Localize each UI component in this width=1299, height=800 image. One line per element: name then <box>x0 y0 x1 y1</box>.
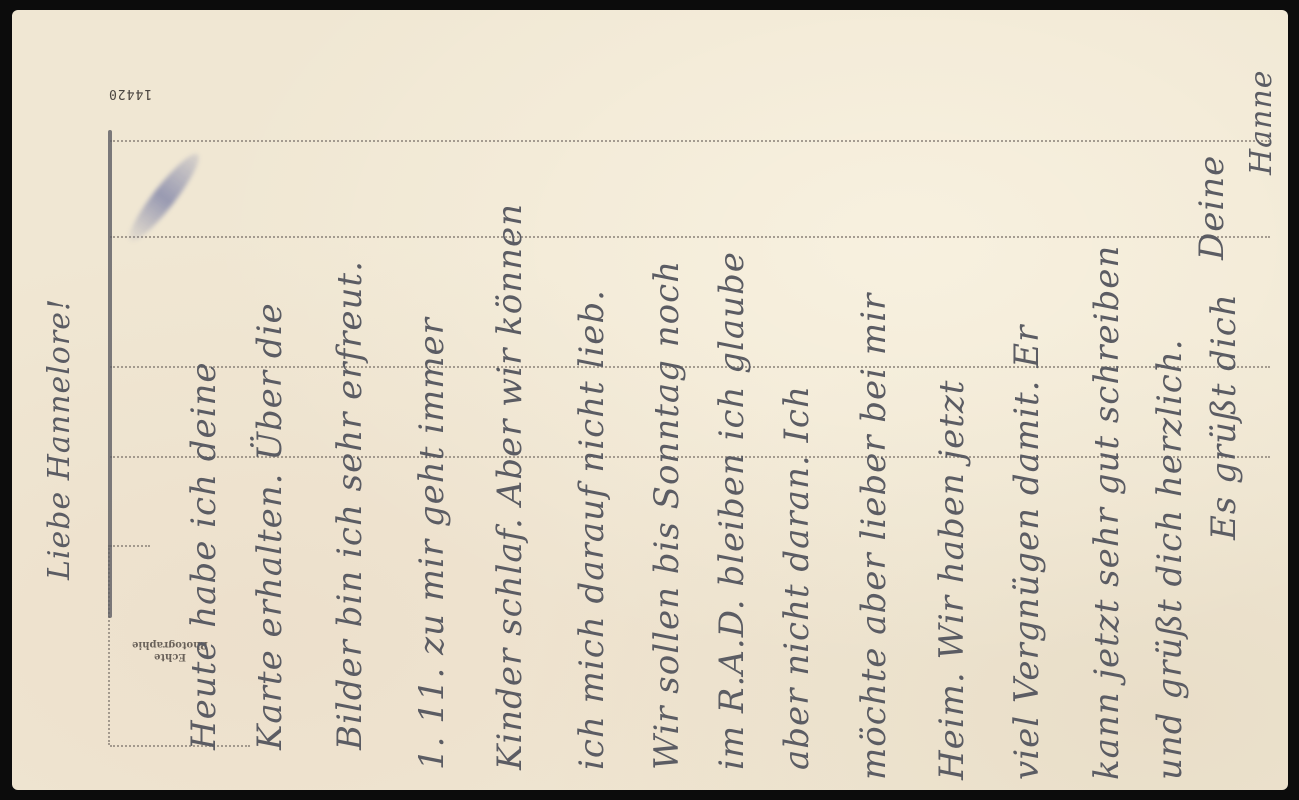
handwritten-line: Kinder schlaf. Aber wir können <box>490 203 530 770</box>
address-line-5 <box>110 545 150 547</box>
postcard-back: 14420 Echte Photographie Liebe Hannelore… <box>12 10 1288 790</box>
stamp-box-bottom <box>110 745 250 747</box>
handwritten-line: ich mich darauf nicht lieb. <box>572 289 612 770</box>
handwritten-line: Es grüßt dich <box>1204 293 1244 540</box>
handwritten-line: kann jetzt sehr gut schreiben <box>1087 245 1127 780</box>
handwritten-line: aber nicht daran. Ich <box>777 385 817 770</box>
handwritten-line: Heute habe ich deine <box>184 361 224 750</box>
handwritten-line: Heim. Wir haben jetzt <box>932 380 972 780</box>
handwritten-line: im R.A.D. bleiben ich glaube <box>712 251 752 770</box>
handwritten-line: Wir sollen bis Sonntag noch <box>647 260 687 770</box>
blue-pencil-mark <box>121 148 206 248</box>
greeting-text: Liebe Hannelore! <box>42 298 77 580</box>
handwritten-line: Deine <box>1192 155 1232 260</box>
serial-number: 14420 <box>108 86 152 101</box>
signature: Hanne <box>1244 70 1279 175</box>
handwritten-line: 1. 11. zu mir geht immer <box>412 317 452 770</box>
handwritten-line: Bilder bin ich sehr erfreut. <box>330 260 370 750</box>
handwritten-line: viel Vergnügen damit. Er <box>1007 325 1047 780</box>
address-line-2 <box>110 236 1270 238</box>
greeting-underline <box>108 130 112 618</box>
handwritten-line: möchte aber lieber bei mir <box>854 293 894 780</box>
handwritten-line: und grüßt dich herzlich. <box>1150 338 1190 780</box>
address-line-1 <box>110 140 1270 142</box>
handwritten-line: Karte erhalten. Über die <box>250 302 290 750</box>
